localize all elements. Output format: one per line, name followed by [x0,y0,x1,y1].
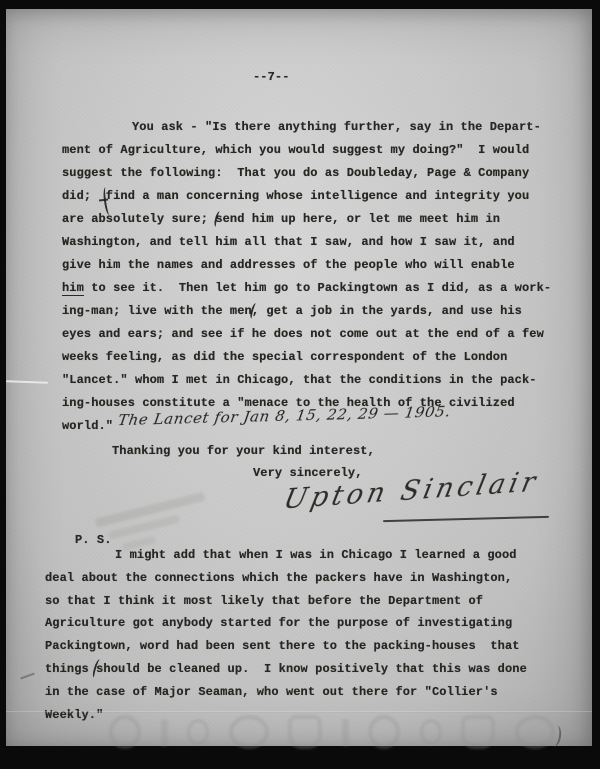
ghost-letterform [368,715,400,749]
closing-thanks-line: Thanking you for your kind interest, [112,440,375,463]
underlined-word-him: him [62,281,84,296]
typed-line: so that I think it most likely that befo… [45,590,527,613]
typed-line: are absolutely sure; send him up here, o… [62,208,551,231]
bleed-through-ghost-text [109,715,555,749]
signature-underline [383,516,549,522]
typed-line: suggest the following: That you do as Do… [62,162,551,185]
typed-line: I might add that when I was in Chicago I… [45,544,527,567]
typed-line: weeks feeling, as did the special corres… [62,346,551,369]
page-number: --7-- [253,66,290,89]
typed-line: did; find a man concerning whose intelli… [62,185,551,208]
letter-page: --7-- You ask - "Is there anything furth… [6,9,592,746]
typed-line: ment of Agriculture, which you would sug… [62,139,551,162]
typed-line: Packingtown, word had been sent there to… [45,635,527,658]
typed-line: You ask - "Is there anything further, sa… [62,116,551,139]
typed-line: eyes and ears; and see if he does not co… [62,323,551,346]
ghost-letterform [515,715,555,749]
typed-line: ing-man; live with the men, get a job in… [62,300,551,323]
typed-line: "Lancet." whom I met in Chicago, that th… [62,369,551,392]
ghost-letterform [187,719,209,745]
ghost-letterform [342,719,349,746]
letter-body: You ask - "Is there anything further, sa… [62,116,551,438]
typed-line: deal about the connections which the pac… [45,567,527,590]
paper-scratch [6,380,48,383]
scanned-letter-frame: --7-- You ask - "Is there anything furth… [0,0,600,769]
typed-line-continuation: to see it. Then let him go to Packingtow… [84,281,551,295]
ghost-letterform [109,715,141,749]
typed-line: in the case of Major Seaman, who went ou… [45,681,527,704]
ghost-letterform [229,715,269,749]
typed-line: him to see it. Then let him go to Packin… [62,277,551,300]
ghost-letterform [161,719,168,746]
typed-line: Agriculture got anybody started for the … [45,612,527,635]
ghost-letterform [461,715,495,749]
typed-line: things should be cleaned up. I know posi… [45,658,527,681]
ghost-letterform [420,719,442,745]
paper-crease [6,711,592,713]
postscript-body: I might add that when I was in Chicago I… [45,544,527,726]
stray-pen-mark [20,672,35,679]
typed-line: give him the names and addresses of the … [62,254,551,277]
ghost-letterform [288,715,322,749]
typed-line: Washington, and tell him all that I saw,… [62,231,551,254]
